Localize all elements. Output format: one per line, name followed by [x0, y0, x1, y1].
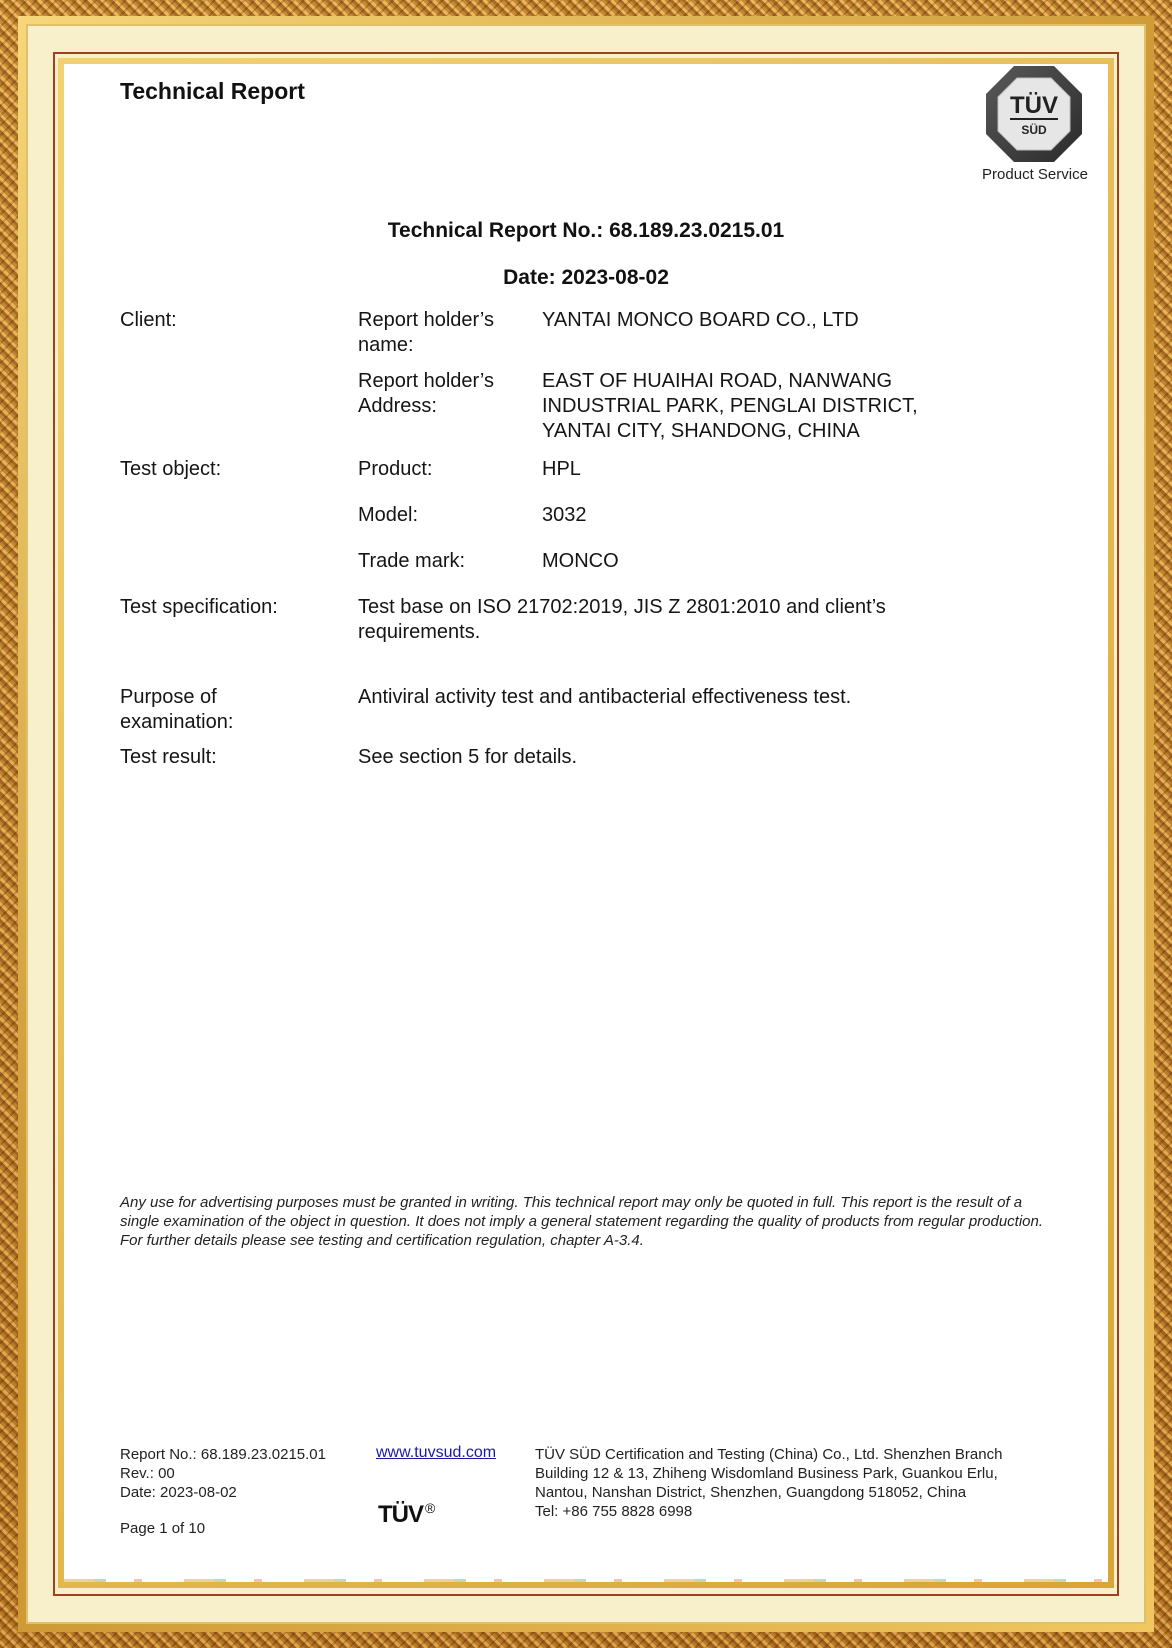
footer-tuv-logo: TÜV®	[378, 1500, 434, 1529]
svg-text:TÜV: TÜV	[1010, 92, 1058, 119]
model-value: 3032	[542, 503, 587, 528]
purpose-label-line2: examination:	[120, 710, 233, 735]
document-title: Technical Report	[120, 78, 305, 105]
svg-text:SÜD: SÜD	[1021, 122, 1047, 137]
test-result-label: Test result:	[120, 745, 217, 770]
website-link[interactable]: www.tuvsud.com	[376, 1444, 496, 1462]
report-page	[64, 64, 1108, 1582]
company-line: Nantou, Nanshan District, Shenzhen, Guan…	[535, 1483, 1002, 1502]
spec-line: requirements.	[358, 620, 1058, 645]
company-line: TÜV SÜD Certification and Testing (China…	[535, 1445, 1002, 1464]
test-result-value: See section 5 for details.	[358, 745, 1058, 770]
holder-name-label: Report holder’s name:	[358, 308, 494, 358]
address-line: YANTAI CITY, SHANDONG, CHINA	[542, 419, 1142, 444]
trademark-value: MONCO	[542, 549, 619, 574]
registered-mark-icon: ®	[425, 1500, 434, 1516]
footer-date: Date: 2023-08-02	[120, 1483, 326, 1502]
address-line: EAST OF HUAIHAI ROAD, NANWANG	[542, 369, 1142, 394]
disclaimer-text: Any use for advertising purposes must be…	[120, 1193, 1050, 1250]
holder-address-value: EAST OF HUAIHAI ROAD, NANWANG INDUSTRIAL…	[542, 369, 1142, 444]
tuv-sud-octagon-icon: TÜV SÜD	[984, 64, 1084, 164]
holder-name-label-line1: Report holder’s	[358, 308, 494, 333]
test-specification-label: Test specification:	[120, 595, 278, 620]
spec-line: Test base on ISO 21702:2019, JIS Z 2801:…	[358, 595, 1058, 620]
purpose-value: Antiviral activity test and antibacteria…	[358, 685, 1058, 710]
tuv-sud-logo: TÜV SÜD	[984, 64, 1084, 164]
company-line: Building 12 & 13, Zhiheng Wisdomland Bus…	[535, 1464, 1002, 1483]
holder-address-label: Report holder’s Address:	[358, 369, 494, 419]
address-line: INDUSTRIAL PARK, PENGLAI DISTRICT,	[542, 394, 1142, 419]
report-date: Date: 2023-08-02	[0, 266, 1172, 290]
purpose-label-line1: Purpose of	[120, 685, 233, 710]
footer-report-info: Report No.: 68.189.23.0215.01 Rev.: 00 D…	[120, 1445, 326, 1502]
product-label: Product:	[358, 457, 432, 482]
footer-report-number: Report No.: 68.189.23.0215.01	[120, 1445, 326, 1464]
footer-company-address: TÜV SÜD Certification and Testing (China…	[535, 1445, 1002, 1521]
purpose-label: Purpose of examination:	[120, 685, 233, 735]
holder-address-label-line2: Address:	[358, 394, 494, 419]
logo-caption: Product Service	[960, 166, 1110, 183]
holder-address-label-line1: Report holder’s	[358, 369, 494, 394]
product-value: HPL	[542, 457, 581, 482]
page-number: Page 1 of 10	[120, 1519, 205, 1538]
test-object-label: Test object:	[120, 457, 221, 482]
test-specification-value: Test base on ISO 21702:2019, JIS Z 2801:…	[358, 595, 1058, 645]
trademark-label: Trade mark:	[358, 549, 465, 574]
client-label: Client:	[120, 308, 177, 333]
page-bottom-edge	[64, 1579, 1108, 1582]
model-label: Model:	[358, 503, 418, 528]
footer-revision: Rev.: 00	[120, 1464, 326, 1483]
report-number: Technical Report No.: 68.189.23.0215.01	[0, 219, 1172, 243]
footer-brand-text: TÜV	[378, 1501, 423, 1528]
holder-name-label-line2: name:	[358, 333, 494, 358]
company-phone: Tel: +86 755 8828 6998	[535, 1502, 1002, 1521]
holder-name-value: YANTAI MONCO BOARD CO., LTD	[542, 308, 1142, 333]
